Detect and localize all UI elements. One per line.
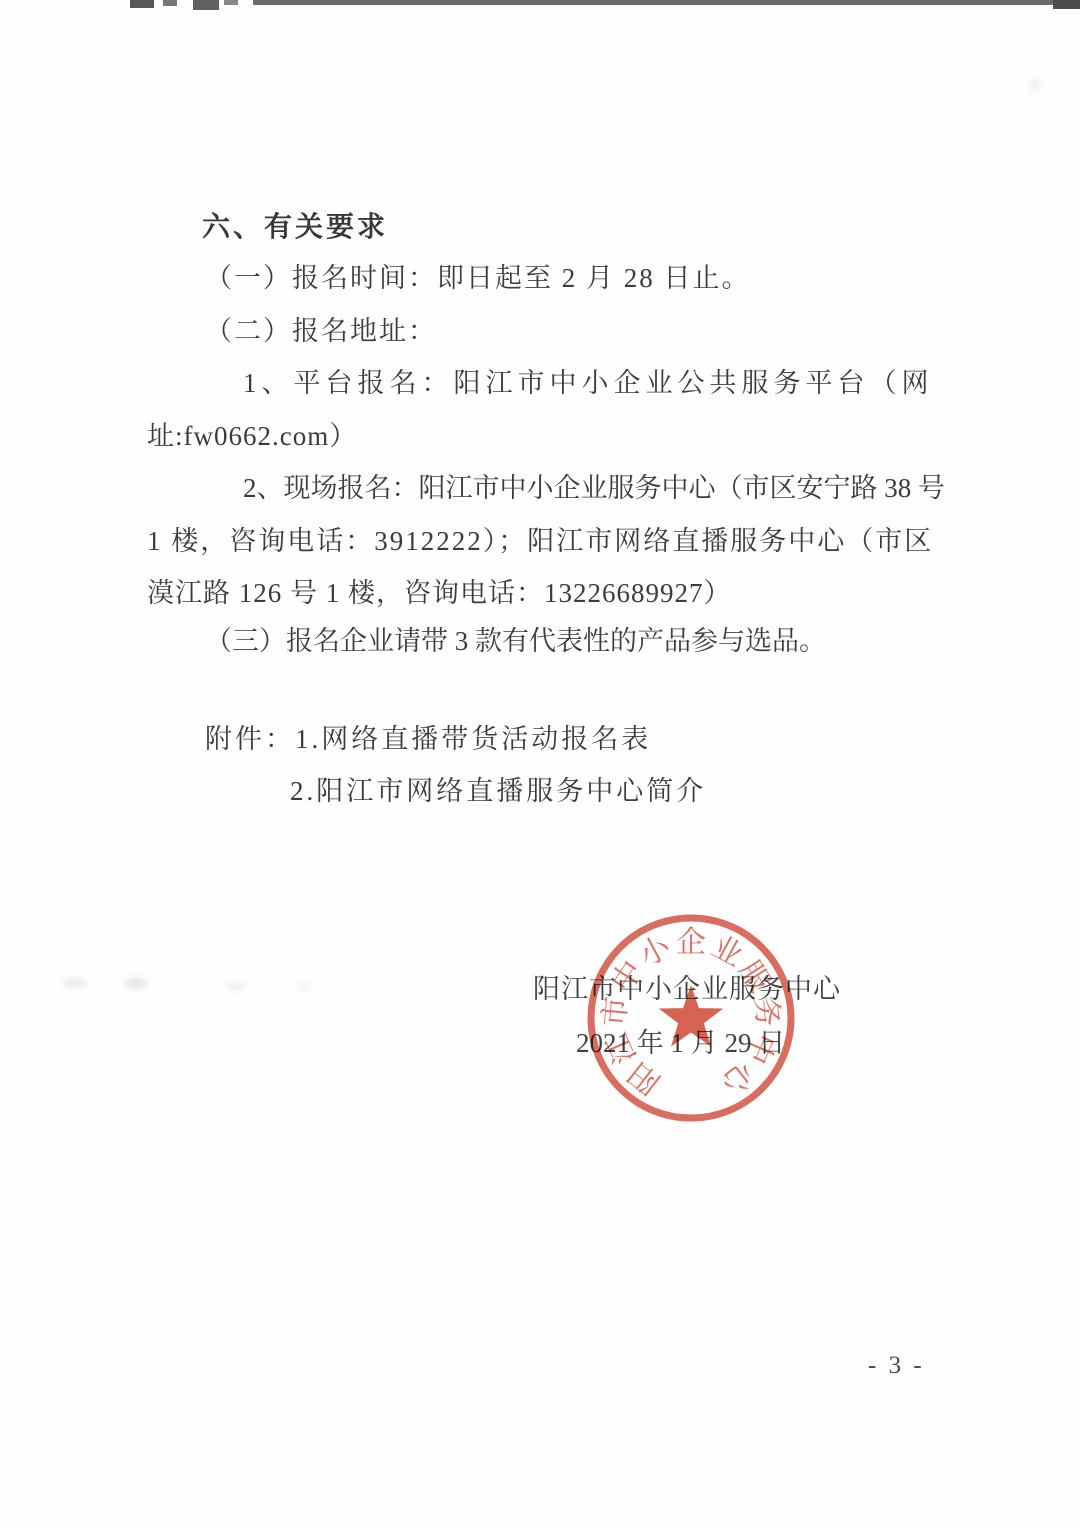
scan-artifact xyxy=(1053,0,1080,9)
attachment-line-1: 附件：1.网络直播带货活动报名表 xyxy=(205,717,651,756)
body-line: （三）报名企业请带 3 款有代表性的产品参与选品。 xyxy=(205,619,826,658)
seal-character: 企 xyxy=(676,926,706,959)
seal-character: 阳 xyxy=(622,1055,666,1099)
body-line: 1 楼，咨询电话：3912222）；阳江市网络直播服务中心（市区 xyxy=(147,519,933,558)
attachment-line-2: 2.阳江市网络直播服务中心简介 xyxy=(290,769,706,808)
body-line: （一）报名时间：即日起至 2 月 28 日止。 xyxy=(205,256,751,295)
seal-ring-icon xyxy=(591,918,791,1118)
scan-smudge xyxy=(296,982,310,991)
official-seal: 阳江市中小企业服务中心 xyxy=(583,910,799,1126)
scan-artifact xyxy=(163,0,177,6)
seal-character: 心 xyxy=(715,1055,760,1100)
signature-date: 2021 年 1 月 29 日 xyxy=(576,1021,785,1060)
scan-artifact xyxy=(224,0,238,5)
signature-organization: 阳江市中小企业服务中心 xyxy=(533,967,841,1006)
scan-smudge xyxy=(1030,78,1040,94)
scan-smudge xyxy=(226,982,246,991)
body-line: 2、现场报名：阳江市中小企业服务中心（市区安宁路 38 号 xyxy=(243,466,945,505)
page-number: - 3 - xyxy=(868,1352,925,1380)
scan-artifact xyxy=(253,0,1053,5)
scan-smudge xyxy=(124,977,148,989)
body-line: 址:fw0662.com） xyxy=(147,414,357,453)
scan-artifact xyxy=(193,0,219,10)
body-line: （二）报名地址： xyxy=(205,309,437,348)
scan-artifact xyxy=(130,0,154,8)
section-heading: 六、有关要求 xyxy=(202,205,388,245)
scanned-document-page: 六、有关要求 （一）报名时间：即日起至 2 月 28 日止。 （二）报名地址： … xyxy=(0,0,1080,1527)
body-line: 1、平台报名：阳江市中小企业公共服务平台（网 xyxy=(243,361,934,400)
body-line: 漠江路 126 号 1 楼，咨询电话：13226689927） xyxy=(147,571,732,610)
scan-smudge xyxy=(62,978,88,988)
seal-text: 阳江市中小企业服务中心 xyxy=(598,926,784,1100)
